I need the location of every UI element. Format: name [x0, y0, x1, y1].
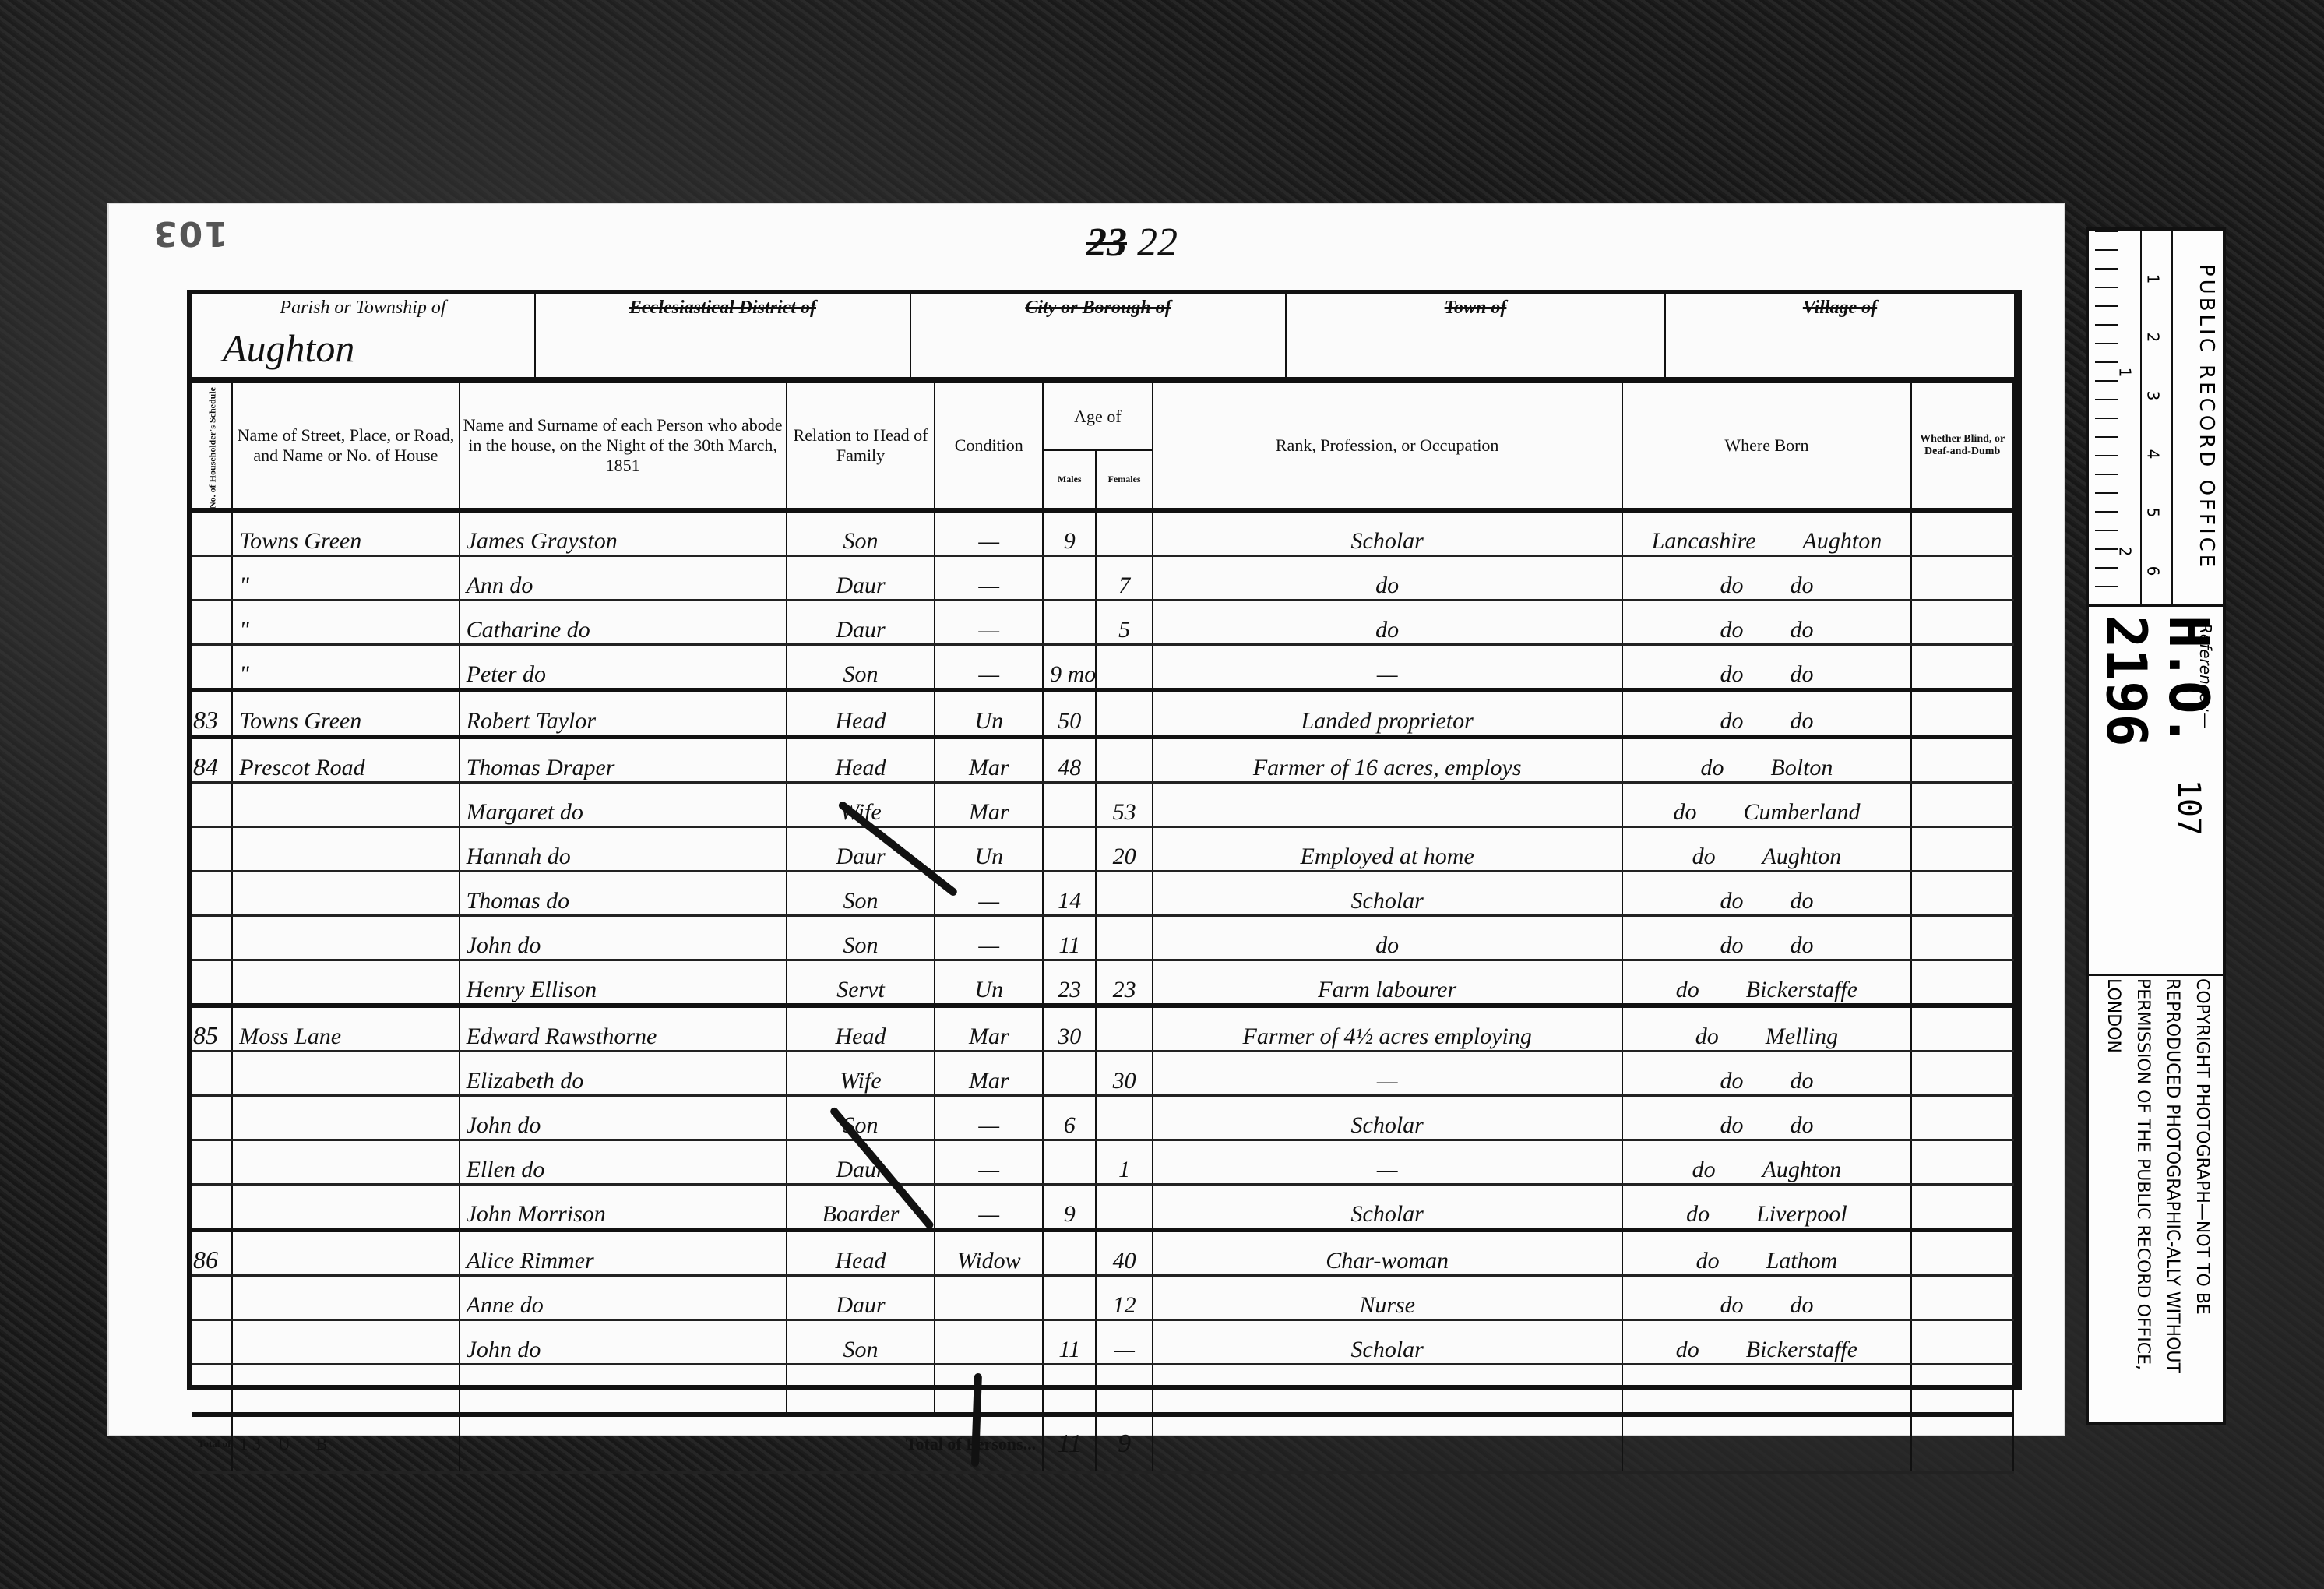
census-form: Parish or Township of Aughton Ecclesiast…	[187, 290, 2022, 1390]
age-female-cell-text: 20	[1113, 844, 1136, 869]
person-name: Ellen do	[460, 1140, 787, 1185]
table-row: "Catharine doDaur—5dododo	[192, 601, 2013, 645]
person-name-text: Elizabeth do	[467, 1068, 584, 1094]
census-rows: Towns GreenJames GraystonSon—9ScholarLan…	[192, 510, 2013, 1365]
relation-cell-text: Son	[843, 1337, 879, 1362]
age-male-cell: 9	[1043, 510, 1096, 556]
occupation-cell: do	[1153, 916, 1622, 960]
condition-cell: —	[935, 556, 1043, 601]
table-row: Henry EllisonServtUn2323Farm labourerdoB…	[192, 960, 2013, 1006]
reference-code: H.O. 107 2196	[2095, 615, 2220, 974]
col-where-born: Where Born	[1622, 383, 1912, 510]
birth-county: do	[1676, 1337, 1699, 1362]
blind-deaf-cell	[1911, 783, 2013, 827]
birth-parish: Cumberland	[1743, 799, 1860, 825]
street-cell	[232, 916, 459, 960]
blind-deaf-cell	[1911, 1096, 2013, 1140]
age-male-cell	[1043, 1140, 1096, 1185]
census-table: No. of Householder's Schedule Name of St…	[192, 383, 2014, 1474]
birth-county: do	[1692, 844, 1716, 869]
age-male-cell	[1043, 601, 1096, 645]
occupation-cell-text: Scholar	[1351, 1201, 1424, 1227]
condition-cell: Mar	[935, 783, 1043, 827]
person-name: John do	[460, 1096, 787, 1140]
relation-cell: Daur	[787, 556, 935, 601]
occupation-cell: Farmer of 16 acres, employsno labourers	[1153, 737, 1622, 783]
birth-parish: do	[1790, 1068, 1813, 1094]
person-name: Alice Rimmer	[460, 1230, 787, 1276]
condition-cell: —	[935, 1140, 1043, 1185]
where-born-cell: doCumberland	[1622, 783, 1912, 827]
age-female-cell	[1096, 510, 1152, 556]
occupation-cell	[1153, 783, 1622, 827]
person-name: Elizabeth do	[460, 1052, 787, 1096]
age-female-cell-text: 1	[1118, 1157, 1130, 1182]
age-male-cell: 50	[1043, 690, 1096, 737]
table-row: John doSon11—ScholardoBickerstaffe	[192, 1320, 2013, 1365]
age-female-cell: 53	[1096, 783, 1152, 827]
age-male-cell-text: 50	[1058, 708, 1081, 734]
birth-parish: Bolton	[1770, 755, 1833, 780]
where-born-cell: dodo	[1622, 872, 1912, 916]
table-row: John doSon—6Scholardodo	[192, 1096, 2013, 1140]
occupation-cell-text: Nurse	[1359, 1292, 1415, 1318]
scale-number: 1	[2143, 274, 2162, 284]
schedule-number	[192, 1140, 232, 1185]
age-female-cell: 30	[1096, 1052, 1152, 1096]
age-male-cell: 23	[1043, 960, 1096, 1006]
occupation-cell: —	[1153, 645, 1622, 691]
age-male-cell: 11	[1043, 1320, 1096, 1365]
condition-cell-text: Un	[974, 844, 1003, 869]
birth-parish: Aughton	[1762, 1157, 1842, 1182]
occupation-cell: Scholar	[1153, 1320, 1622, 1365]
occupation-cell: Nurse	[1153, 1276, 1622, 1320]
ecclesiastical-district-label: Ecclesiastical District of	[544, 298, 902, 319]
relation-cell-text: Daur	[836, 844, 885, 869]
occupation-cell: —	[1153, 1140, 1622, 1185]
condition-cell: Mar	[935, 737, 1043, 783]
where-born-cell: dodo	[1622, 645, 1912, 691]
age-male-cell	[1043, 1276, 1096, 1320]
condition-cell: —	[935, 1185, 1043, 1231]
blind-deaf-cell	[1911, 1230, 2013, 1276]
age-female-cell-text: 7	[1118, 573, 1130, 598]
scale-number: 3	[2143, 391, 2162, 401]
condition-cell: —	[935, 645, 1043, 691]
folio-struck: 23	[1086, 220, 1127, 265]
age-male-cell: 30	[1043, 1006, 1096, 1052]
person-name: Ann do	[460, 556, 787, 601]
relation-cell: Son	[787, 872, 935, 916]
age-male-cell-text: 11	[1058, 1337, 1080, 1362]
birth-county: do	[1720, 661, 1743, 687]
person-name-text: Henry Ellison	[467, 977, 597, 1002]
building-label: B	[316, 1434, 328, 1453]
where-born-cell: LancashireAughton	[1622, 510, 1912, 556]
age-male-cell: 11	[1043, 916, 1096, 960]
occupation-cell-text: —	[1377, 661, 1398, 687]
condition-cell-text: —	[978, 528, 999, 554]
age-female-cell-text: 40	[1113, 1248, 1136, 1274]
condition-cell-text: Widow	[957, 1248, 1021, 1274]
where-born-cell: dodo	[1622, 1052, 1912, 1096]
street-cell	[232, 1096, 459, 1140]
table-row: John doSon—11dododo	[192, 916, 2013, 960]
parish-value: Aughton	[223, 326, 354, 371]
schedule-number	[192, 510, 232, 556]
col-age-females: Females	[1096, 450, 1152, 510]
table-row: Thomas doSon—14Scholardodo	[192, 872, 2013, 916]
birth-parish: do	[1790, 1112, 1813, 1138]
age-female-cell	[1096, 737, 1152, 783]
table-row: 83Towns GreenRobert TaylorHeadUn50Landed…	[192, 690, 2013, 737]
table-row: Ellen doDaur—1—doAughton	[192, 1140, 2013, 1185]
birth-county: do	[1696, 1248, 1720, 1274]
occupation-cell: Employed at home	[1153, 827, 1622, 872]
where-born-cell: doLiverpool	[1622, 1185, 1912, 1231]
table-row: "Ann doDaur—7dododo	[192, 556, 2013, 601]
col-street: Name of Street, Place, or Road, and Name…	[232, 383, 459, 510]
where-born-cell: doAughton	[1622, 827, 1912, 872]
blind-deaf-cell	[1911, 1006, 2013, 1052]
relation-cell-text: Head	[836, 1248, 886, 1274]
person-name-text: Catharine do	[467, 617, 590, 643]
occupation-cell: Scholar	[1153, 1185, 1622, 1231]
person-name-text: John do	[467, 932, 541, 958]
condition-cell-text: Mar	[969, 755, 1009, 780]
condition-cell: Mar	[935, 1052, 1043, 1096]
street-cell	[232, 827, 459, 872]
relation-cell: Son	[787, 1096, 935, 1140]
schedule-number: 86	[192, 1230, 232, 1276]
relation-cell-text: Daur	[836, 1292, 885, 1318]
blind-deaf-cell	[1911, 1276, 2013, 1320]
street-cell	[232, 783, 459, 827]
column-header-row: No. of Householder's Schedule Name of St…	[192, 383, 2013, 450]
scale-number: 6	[2143, 566, 2162, 576]
city-borough-cell: City or Borough of	[911, 294, 1287, 377]
age-male-cell	[1043, 827, 1096, 872]
age-female-cell-text: 5	[1118, 617, 1130, 643]
occupation-cell-text: Farmer of 4½ acres employing	[1243, 1024, 1532, 1049]
code-series: 107	[2171, 780, 2206, 836]
age-male-cell-text: 6	[1064, 1112, 1076, 1138]
birth-parish: do	[1790, 661, 1813, 687]
person-name-text: Thomas Draper	[467, 755, 615, 780]
birth-county: do	[1720, 932, 1743, 958]
street-cell	[232, 1276, 459, 1320]
street-cell-text: "	[239, 573, 249, 598]
inch-mark: 1	[2115, 368, 2134, 378]
condition-cell-text: Mar	[969, 1024, 1009, 1049]
age-male-cell-text: 11	[1058, 932, 1080, 958]
person-name: James Grayston	[460, 510, 787, 556]
code-piece: 2196	[2094, 615, 2158, 747]
blind-deaf-cell	[1911, 916, 2013, 960]
where-born-cell: dodo	[1622, 601, 1912, 645]
schedule-number	[192, 556, 232, 601]
birth-parish: Liverpool	[1756, 1201, 1847, 1227]
where-born-cell: dodo	[1622, 1276, 1912, 1320]
where-born-cell: doAughton	[1622, 1140, 1912, 1185]
relation-cell: Servt	[787, 960, 935, 1006]
schedule-number	[192, 1320, 232, 1365]
birth-parish: Aughton	[1803, 528, 1882, 554]
blind-deaf-cell	[1911, 1185, 2013, 1231]
condition-cell: —	[935, 916, 1043, 960]
person-name-text: Thomas do	[467, 888, 570, 914]
age-male-cell	[1043, 556, 1096, 601]
age-female-cell	[1096, 1096, 1152, 1140]
person-name-text: Ann do	[467, 573, 533, 598]
person-name: Robert Taylor	[460, 690, 787, 737]
birth-county: Lancashire	[1652, 528, 1756, 554]
schedule-number	[192, 601, 232, 645]
scale-number: 5	[2143, 508, 2162, 518]
city-borough-label: City or Borough of	[919, 298, 1277, 319]
inhabited-count: 1 3	[239, 1434, 261, 1453]
relation-cell: Head	[787, 1230, 935, 1276]
code-prefix: H.O.	[2157, 615, 2220, 747]
birth-parish: Lathom	[1766, 1248, 1838, 1274]
birth-county: do	[1676, 977, 1699, 1002]
scale-number: 4	[2143, 449, 2162, 460]
occupation-cell: Scholar	[1153, 872, 1622, 916]
street-cell-text: "	[239, 617, 249, 643]
person-name: Edward Rawsthorne	[460, 1006, 787, 1052]
occupation-cell: Scholar	[1153, 1096, 1622, 1140]
birth-county: do	[1720, 1292, 1743, 1318]
town-cell: Town of	[1287, 294, 1666, 377]
person-name: Anne do	[460, 1276, 787, 1320]
age-male-cell-text: 14	[1058, 888, 1081, 914]
person-name: Hannah do	[460, 827, 787, 872]
relation-cell-text: Son	[843, 661, 879, 687]
birth-parish: do	[1790, 617, 1813, 643]
occupation-cell: do	[1153, 556, 1622, 601]
blind-deaf-cell	[1911, 556, 2013, 601]
schedule-number	[192, 916, 232, 960]
relation-cell-text: Son	[843, 888, 879, 914]
street-cell	[232, 1052, 459, 1096]
relation-cell-text: Son	[843, 932, 879, 958]
where-born-cell: doBickerstaffe	[1622, 960, 1912, 1006]
occupation-cell: Scholar	[1153, 510, 1622, 556]
stamp-number: 103	[152, 213, 228, 253]
person-name-text: Robert Taylor	[467, 708, 596, 734]
street-cell	[232, 1320, 459, 1365]
relation-cell-text: Daur	[836, 617, 885, 643]
where-born-cell: doMelling	[1622, 1006, 1912, 1052]
schedule-number-text: 83	[193, 706, 218, 734]
birth-parish: do	[1790, 888, 1813, 914]
birth-county: do	[1720, 1112, 1743, 1138]
where-born-cell: dodo	[1622, 556, 1912, 601]
birth-county: do	[1720, 617, 1743, 643]
blind-deaf-cell	[1911, 737, 2013, 783]
street-cell	[232, 872, 459, 916]
parish-cell: Parish or Township of Aughton	[192, 294, 536, 377]
blind-deaf-cell	[1911, 601, 2013, 645]
schedule-number: 85	[192, 1006, 232, 1052]
person-name-text: John do	[467, 1337, 541, 1362]
schedule-number-text: 85	[193, 1021, 218, 1049]
occupation-cell-text: do	[1375, 573, 1399, 598]
table-row: Anne doDaur12Nursedodo	[192, 1276, 2013, 1320]
reference-label: 1 2 1 2 3 4 5 6 PUBLIC RECORD OFFICE Ref…	[2086, 227, 2226, 1425]
table-row: Margaret doWifeMar53doCumberland	[192, 783, 2013, 827]
village-label: Village of	[1674, 298, 2006, 319]
age-female-cell: —	[1096, 1320, 1152, 1365]
occupation-cell-text: Landed proprietor	[1301, 708, 1473, 734]
person-name-text: Ellen do	[467, 1157, 545, 1182]
age-male-cell-text: 9	[1064, 1201, 1076, 1227]
scale-number: 2	[2143, 333, 2162, 343]
schedule-number	[192, 872, 232, 916]
relation-cell: Daur	[787, 1276, 935, 1320]
condition-cell-text: Mar	[969, 799, 1009, 825]
condition-cell	[935, 1320, 1043, 1365]
occupation-cell: Landed proprietor	[1153, 690, 1622, 737]
person-name-text: Alice Rimmer	[467, 1248, 594, 1274]
condition-cell-text: —	[978, 661, 999, 687]
street-cell	[232, 1185, 459, 1231]
males-total: 11	[1043, 1415, 1096, 1473]
person-name: Henry Ellison	[460, 960, 787, 1006]
age-female-cell	[1096, 645, 1152, 691]
occupation-cell: Char-woman	[1153, 1230, 1622, 1276]
relation-cell: Wife	[787, 1052, 935, 1096]
relation-cell: Head	[787, 690, 935, 737]
birth-county: do	[1720, 573, 1743, 598]
age-female-cell: 7	[1096, 556, 1152, 601]
street-cell: Towns Green	[232, 510, 459, 556]
schedule-number	[192, 1185, 232, 1231]
person-name-text: Edward Rawsthorne	[467, 1024, 657, 1049]
condition-cell-text: —	[978, 1157, 999, 1182]
col-name: Name and Surname of each Person who abod…	[460, 383, 787, 510]
age-female-cell-text: —	[1114, 1337, 1135, 1362]
occupation-cell-text: —	[1377, 1157, 1398, 1182]
blind-deaf-cell	[1911, 1320, 2013, 1365]
schedule-number: 84	[192, 737, 232, 783]
condition-cell: Un	[935, 690, 1043, 737]
age-female-cell: 12	[1096, 1276, 1152, 1320]
birth-parish: Melling	[1766, 1024, 1838, 1049]
birth-county: do	[1692, 1157, 1716, 1182]
census-page: 103 23 22 Parish or Township of Aughton …	[109, 204, 2064, 1435]
relation-cell-text: Wife	[840, 1068, 881, 1094]
relation-cell-text: Head	[836, 1024, 886, 1049]
street-cell-text: Towns Green	[239, 528, 361, 554]
condition-cell-text: —	[978, 888, 999, 914]
relation-cell-text: Head	[836, 708, 886, 734]
office-title: PUBLIC RECORD OFFICE	[2174, 238, 2218, 597]
age-male-cell-text: 30	[1058, 1024, 1081, 1049]
condition-cell-text: —	[978, 1201, 999, 1227]
table-row: Towns GreenJames GraystonSon—9ScholarLan…	[192, 510, 2013, 556]
age-female-cell	[1096, 690, 1152, 737]
age-female-cell: 5	[1096, 601, 1152, 645]
birth-parish: do	[1790, 708, 1813, 734]
condition-cell-text: Un	[974, 708, 1003, 734]
age-male-cell: 9	[1043, 1185, 1096, 1231]
condition-cell: Mar	[935, 1006, 1043, 1052]
folio-current: 22	[1137, 220, 1178, 265]
relation-cell-text: Son	[843, 528, 879, 554]
age-male-cell-text: 9 mo	[1050, 661, 1096, 687]
occupation-cell-text: do	[1375, 932, 1399, 958]
condition-cell-text: —	[978, 617, 999, 643]
col-blind-deaf: Whether Blind, or Deaf-and-Dumb	[1911, 383, 2013, 510]
person-name: John do	[460, 916, 787, 960]
houses-total: 1 3 U B	[232, 1415, 459, 1473]
relation-cell: Head	[787, 737, 935, 783]
cm-scale: 1 2 3 4 5 6	[2140, 231, 2173, 604]
parish-label: Parish or Township of	[199, 298, 526, 319]
schedule-number	[192, 827, 232, 872]
person-name-text: Peter do	[467, 661, 546, 687]
table-row: John MorrisonBoarder—9ScholardoLiverpool	[192, 1185, 2013, 1231]
totals-row: Total of Houses 1 3 U B Total of Persons…	[192, 1415, 2013, 1473]
village-cell: Village of	[1666, 294, 2014, 377]
relation-cell-text: Servt	[836, 977, 885, 1002]
schedule-number	[192, 960, 232, 1006]
birth-parish: Bickerstaffe	[1746, 1337, 1857, 1362]
birth-parish: do	[1790, 573, 1813, 598]
age-male-cell-text: 9	[1064, 528, 1076, 554]
street-cell-text: "	[239, 661, 249, 687]
condition-cell: —	[935, 510, 1043, 556]
street-cell: Moss Lane	[232, 1006, 459, 1052]
folio-number: 23 22	[1086, 220, 1178, 266]
street-cell-text: Moss Lane	[239, 1024, 341, 1049]
occupation-cell: —	[1153, 1052, 1622, 1096]
inch-mark: 2	[2115, 547, 2134, 557]
persons-total-label: Total of Persons...	[460, 1415, 1044, 1473]
table-row: 84Prescot RoadThomas DraperHeadMar48Farm…	[192, 737, 2013, 783]
condition-cell-text: Mar	[969, 1068, 1009, 1094]
occupation-cell: Farmer of 4½ acres employingno labourers	[1153, 1006, 1622, 1052]
age-female-cell-text: 12	[1113, 1292, 1136, 1318]
age-male-cell: 48	[1043, 737, 1096, 783]
occupation-cell-text: Employed at home	[1301, 844, 1474, 869]
relation-cell: Son	[787, 510, 935, 556]
col-occupation: Rank, Profession, or Occupation	[1153, 383, 1622, 510]
condition-cell: —	[935, 601, 1043, 645]
blank-row	[192, 1365, 2013, 1415]
col-age-males: Males	[1043, 450, 1096, 510]
birth-parish: do	[1790, 1292, 1813, 1318]
relation-cell: Head	[787, 1006, 935, 1052]
birth-parish: Aughton	[1762, 844, 1842, 869]
table-row: 85Moss LaneEdward RawsthorneHeadMar30Far…	[192, 1006, 2013, 1052]
age-female-cell	[1096, 916, 1152, 960]
condition-cell	[935, 1276, 1043, 1320]
age-female-cell: 40	[1096, 1230, 1152, 1276]
occupation-cell-text: do	[1375, 617, 1399, 643]
birth-county: do	[1673, 799, 1696, 825]
age-female-cell-text: 30	[1113, 1068, 1136, 1094]
occupation-cell-text: Char-woman	[1326, 1248, 1449, 1274]
schedule-number: 83	[192, 690, 232, 737]
occupation-cell-text: Scholar	[1351, 528, 1424, 554]
relation-cell: Son	[787, 645, 935, 691]
blind-deaf-cell	[1911, 1052, 2013, 1096]
birth-county: do	[1720, 1068, 1743, 1094]
occupation-cell: Farm labourer	[1153, 960, 1622, 1006]
